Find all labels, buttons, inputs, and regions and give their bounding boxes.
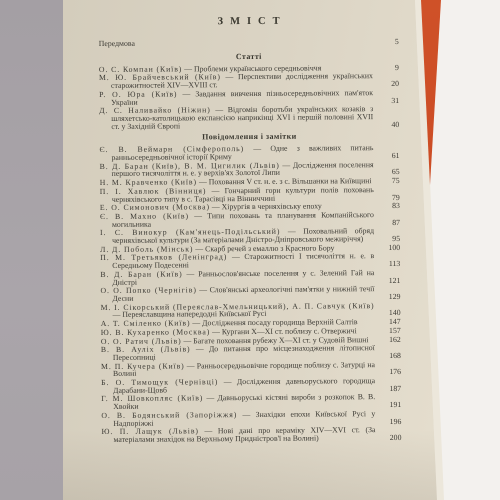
section-entries: Є. В. Веймарн (Сімферополь) — Одне з важ… bbox=[99, 144, 401, 443]
toc-entry: Ю. П. Лащук (Львів) — Нові дані про кера… bbox=[101, 426, 401, 444]
entry-text: Д. С. Наливайко (Ніжин) — Відгомін борот… bbox=[99, 104, 373, 130]
entry-page-number: 157 bbox=[389, 327, 401, 335]
entry-page-number: 200 bbox=[390, 434, 402, 442]
entry-page-number: 20 bbox=[391, 80, 399, 88]
section-heading: Повідомлення і замітки bbox=[99, 131, 399, 142]
book-photo: ЗМІСТ Передмова 5 Статті О. С. Компан (К… bbox=[0, 0, 500, 500]
table-surface bbox=[0, 0, 64, 500]
entry-text: П. І. Хавлюк (Вінниця) — Гончарний горн … bbox=[100, 185, 374, 204]
toc-content: ЗМІСТ Передмова 5 Статті О. С. Компан (К… bbox=[98, 9, 401, 445]
entry-page-number: 191 bbox=[390, 401, 402, 409]
entry-page-number: 100 bbox=[388, 244, 400, 252]
entry-page-number: 79 bbox=[392, 194, 400, 202]
entry-page-number: 95 bbox=[392, 235, 400, 243]
entry-page-number: 61 bbox=[392, 152, 400, 160]
toc-entry: Д. С. Наливайко (Ніжин) — Відгомін борот… bbox=[99, 105, 399, 130]
entry-page-number: 176 bbox=[389, 368, 401, 376]
entry-page-number: 147 bbox=[389, 318, 401, 326]
section-entries: О. С. Компан (Київ) — Проблеми українськ… bbox=[99, 64, 399, 131]
toc-sections: Статті О. С. Компан (Київ) — Проблеми ук… bbox=[99, 51, 402, 444]
toc-entry: І. С. Винокур (Кам'янець-Подільський) — … bbox=[100, 227, 400, 245]
entry-page-number: 113 bbox=[389, 260, 400, 268]
entry-page-number: 168 bbox=[389, 352, 401, 360]
entry-page-number: 196 bbox=[390, 417, 402, 425]
toc-section: Повідомлення і замітки Є. В. Веймарн (Сі… bbox=[99, 131, 401, 443]
entry-page-number: 31 bbox=[391, 96, 399, 104]
entry-page-number: 87 bbox=[392, 219, 400, 227]
entry-page-number: 40 bbox=[391, 121, 399, 129]
entry-page-number: 129 bbox=[389, 293, 401, 301]
preface-page-number: 5 bbox=[395, 38, 399, 46]
entry-page-number: 140 bbox=[389, 309, 401, 317]
entry-page-number: 162 bbox=[389, 335, 401, 343]
entry-page-number: 75 bbox=[392, 177, 400, 185]
entry-page-number: 65 bbox=[392, 168, 400, 176]
entry-text: Ю. П. Лащук (Львів) — Нові дані про кера… bbox=[101, 425, 375, 444]
section-heading: Статті bbox=[99, 51, 399, 62]
page-title: ЗМІСТ bbox=[99, 15, 399, 28]
preface-label: Передмова bbox=[99, 39, 135, 48]
entry-page-number: 121 bbox=[389, 277, 401, 285]
preface-row: Передмова 5 bbox=[99, 38, 399, 48]
entry-page-number: 187 bbox=[389, 385, 401, 393]
toc-section: Статті О. С. Компан (Київ) — Проблеми ук… bbox=[99, 51, 400, 131]
entry-page-number: 83 bbox=[392, 202, 400, 210]
entry-page-number: 9 bbox=[395, 64, 399, 72]
toc-entry: П. І. Хавлюк (Вінниця) — Гончарний горн … bbox=[100, 186, 400, 204]
